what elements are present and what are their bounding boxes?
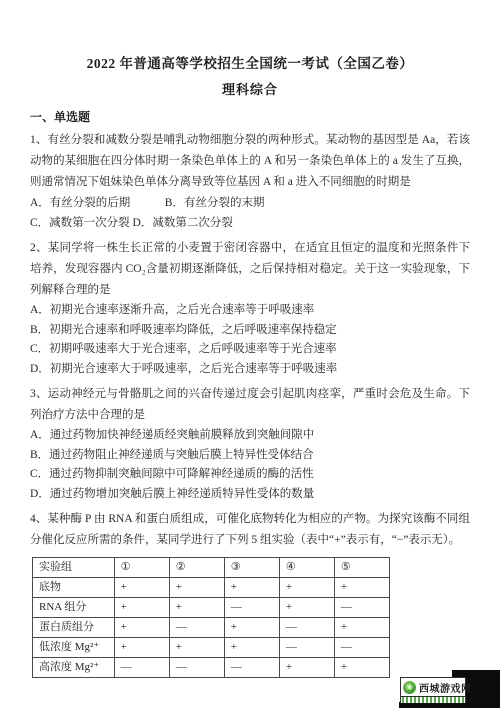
table-cell: + [224,578,279,598]
question-3-stem: 3、运动神经元与骨骼肌之间的兴奋传递过度会引起肌肉痉挛，严重时会危及生命。下列治… [30,384,470,426]
row-label: 低浓度 Mg²⁺ [33,638,115,658]
question-2-option-a: A．初期光合速率逐渐升高，之后光合速率等于呼吸速率 [30,301,470,321]
table-header-cell: ② [169,558,224,578]
table-row: 低浓度 Mg²⁺ + + + — — [33,638,390,658]
site-micro-text [400,697,466,703]
site-name-label: 西城游戏网 [419,680,472,695]
row-label: 高浓度 Mg²⁺ [33,658,115,678]
question-1-options-c-d: C．减数第一次分裂 D．减数第二次分裂 [30,213,470,233]
table-cell: — [334,638,389,658]
table-header-cell: ③ [224,558,279,578]
question-3-option-d: D．通过药物增加突触后膜上神经递质特异性受体的数量 [30,485,470,505]
table-cell: + [114,598,169,618]
table-row: 高浓度 Mg²⁺ — — — + + [33,658,390,678]
table-row: 蛋白质组分 + — + — + [33,618,390,638]
table-row: RNA 组分 + + — + — [33,598,390,618]
site-logo-card[interactable]: ❋ 西城游戏网 [400,677,466,697]
table-cell: + [334,658,389,678]
question-2-option-c: C．初期呼吸速率大于光合速率，之后呼吸速率等于光合速率 [30,340,470,360]
table-cell: + [114,618,169,638]
table-header-cell: 实验组 [33,558,115,578]
row-label: 蛋白质组分 [33,618,115,638]
table-cell: — [169,658,224,678]
question-3-option-a: A．通过药物加快神经递质经突触前膜释放到突触间隙中 [30,426,470,446]
question-4-stem: 4、某种酶 P 由 RNA 和蛋白质组成，可催化底物转化为相应的产物。为探究该酶… [30,509,470,551]
table-cell: + [279,598,334,618]
question-3-option-c: C．通过药物抑制突触间隙中可降解神经递质的酶的活性 [30,465,470,485]
table-cell: + [114,578,169,598]
page-subtitle: 理科综合 [30,81,470,99]
table-cell: — [169,618,224,638]
table-cell: — [224,658,279,678]
page-title: 2022 年普通高等学校招生全国统一考试（全国乙卷） [30,54,470,73]
question-3-option-b: B．通过药物阻止神经递质与突触后膜上特异性受体结合 [30,446,470,466]
question-2-stem: 2、某同学将一株生长正常的小麦置于密闭容器中，在适宜且恒定的温度和光照条件下培养… [30,238,470,301]
table-cell: + [224,618,279,638]
row-label: RNA 组分 [33,598,115,618]
question-1-stem: 1、有丝分裂和减数分裂是哺乳动物细胞分裂的两种形式。某动物的基因型是 Aa，若该… [30,130,470,193]
table-cell: — [334,598,389,618]
section-heading-single-choice: 一、单选题 [30,109,470,125]
table-cell: + [169,578,224,598]
table-cell: + [114,638,169,658]
table-cell: + [279,578,334,598]
table-cell: + [334,578,389,598]
table-cell: + [169,598,224,618]
question-1-options-a-b: A．有丝分裂的后期 B．有丝分裂的末期 [30,193,470,213]
table-cell: + [169,638,224,658]
table-cell: + [224,638,279,658]
table-cell: — [114,658,169,678]
table-header-cell: ⑤ [334,558,389,578]
experiment-table: 实验组 ① ② ③ ④ ⑤ 底物 + + + + + RNA 组分 + + — … [32,557,390,678]
table-cell: — [279,638,334,658]
question-2-option-d: D．初期光合速率大于呼吸速率，之后光合速率等于呼吸速率 [30,360,470,380]
table-cell: + [334,618,389,638]
site-logo-icon: ❋ [403,681,416,694]
exam-document: 2022 年普通高等学校招生全国统一考试（全国乙卷） 理科综合 一、单选题 1、… [0,0,500,678]
table-cell: — [224,598,279,618]
table-row: 底物 + + + + + [33,578,390,598]
table-header-cell: ④ [279,558,334,578]
row-label: 底物 [33,578,115,598]
question-2-option-b: B．初期光合速率和呼吸速率均降低，之后呼吸速率保持稳定 [30,321,470,341]
table-cell: — [279,618,334,638]
table-cell: + [279,658,334,678]
table-header-row: 实验组 ① ② ③ ④ ⑤ [33,558,390,578]
table-header-cell: ① [114,558,169,578]
